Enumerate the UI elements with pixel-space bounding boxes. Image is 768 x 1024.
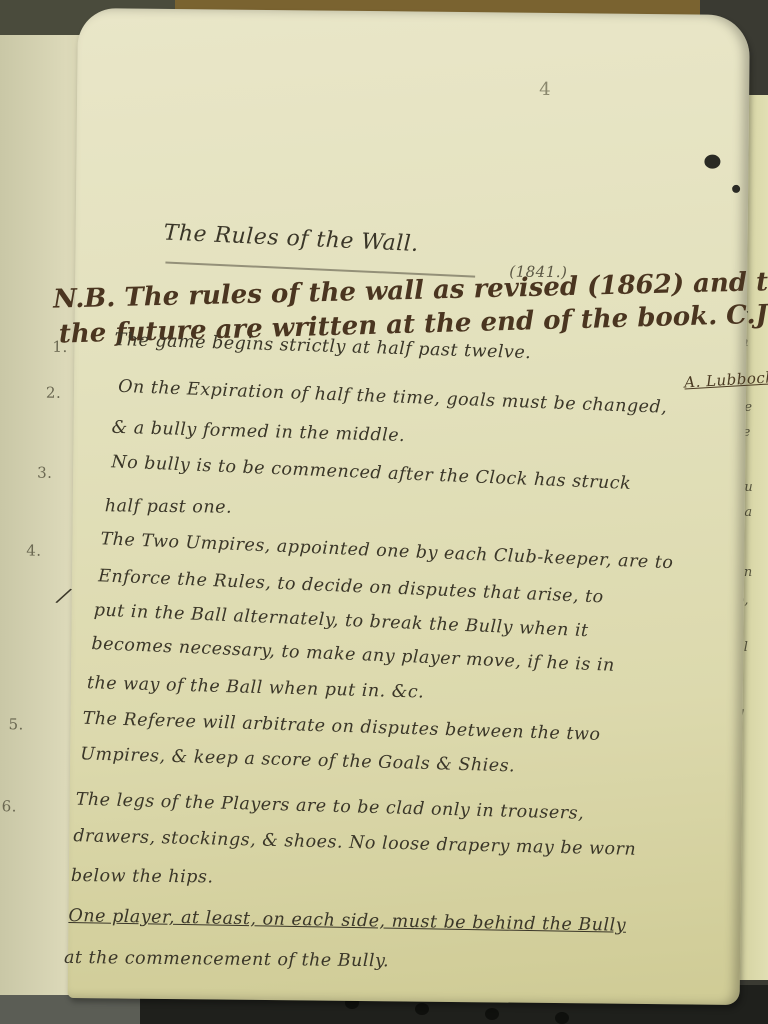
- board-hole: [485, 1008, 499, 1020]
- board-hole: [555, 1012, 569, 1024]
- rule-line: drawers, stockings, & shoes. No loose dr…: [73, 826, 636, 860]
- rule-number: 6.: [2, 797, 18, 815]
- ink-stain: [704, 155, 720, 169]
- rule-number: 1.: [52, 338, 68, 356]
- rule-number: 4.: [26, 541, 42, 559]
- rule-line: becomes necessary, to make any player mo…: [91, 634, 615, 676]
- rule-line: The legs of the Players are to be clad o…: [75, 790, 584, 824]
- rule-line: & a bully formed in the middle.: [111, 418, 405, 446]
- rule-line: The Referee will arbitrate on disputes b…: [82, 709, 600, 745]
- rule-number: 5.: [8, 715, 24, 733]
- board-hole: [415, 1003, 429, 1015]
- rule-line: the way of the Ball when put in. &c.: [87, 673, 425, 702]
- rule-line: One player, at least, on each side, must…: [68, 906, 626, 936]
- rule-line: On the Expiration of half the time, goal…: [118, 377, 668, 418]
- ink-stain: [732, 185, 740, 193]
- rule-number: 3.: [37, 464, 53, 482]
- rule-line: Umpires, & keep a score of the Goals & S…: [80, 744, 515, 776]
- background-bottom-left: [0, 995, 140, 1024]
- rule-line: below the hips.: [71, 866, 214, 887]
- manuscript-page: 4 The Rules of the Wall. (1841.) N.B. Th…: [68, 8, 750, 1005]
- rule-number: 2.: [46, 384, 62, 402]
- rule-line: No bully is to be commenced after the Cl…: [111, 452, 632, 494]
- rule-line: at the commencement of the Bully.: [64, 948, 389, 971]
- page-number: 4: [539, 79, 551, 100]
- rule-line: The Two Umpires, appointed one by each C…: [100, 529, 674, 573]
- page-title: The Rules of the Wall.: [163, 220, 419, 257]
- rule-line: put in the Ball alternately, to break th…: [93, 600, 589, 641]
- rule-line: half past one.: [105, 496, 232, 517]
- rule-line: Enforce the Rules, to decide on disputes…: [98, 566, 604, 607]
